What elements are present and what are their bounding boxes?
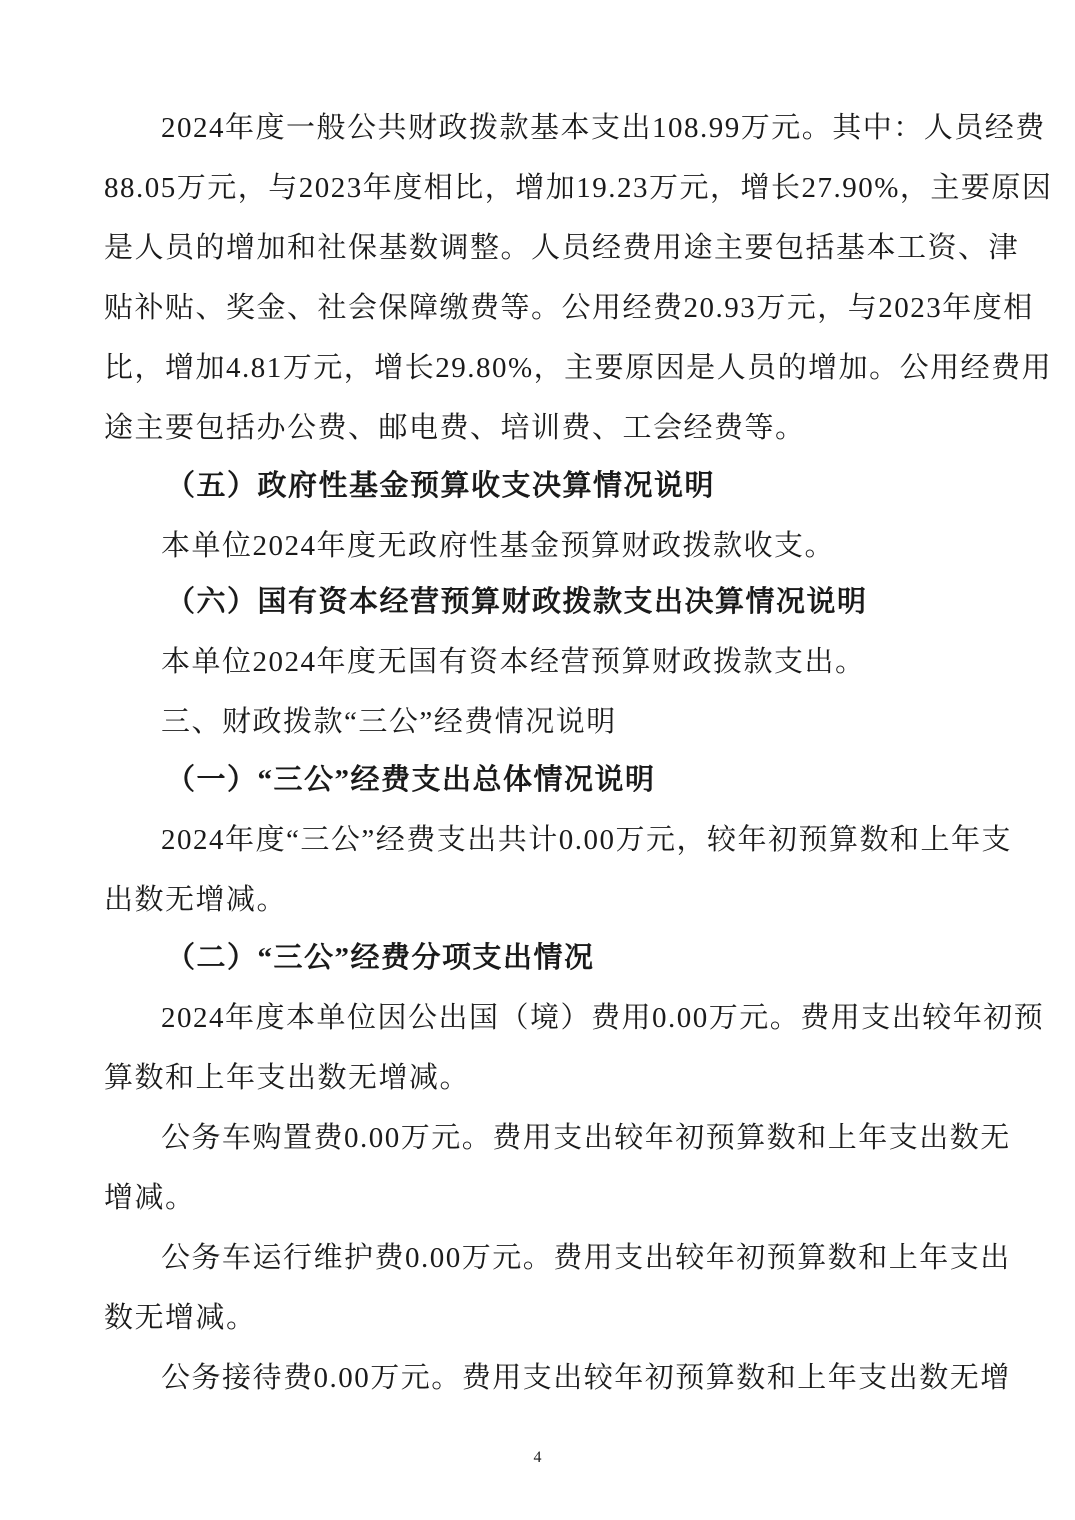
page-number: 4 — [0, 1448, 1075, 1468]
text-line: 是人员的增加和社保基数调整。人员经费用途主要包括基本工资、津 — [104, 228, 970, 268]
text-line: 88.05万元，与2023年度相比，增加19.23万元，增长27.90%，主要原… — [104, 168, 970, 208]
text-line: 出数无增减。 — [104, 880, 287, 920]
section-heading-government-fund: （五）政府性基金预算收支决算情况说明 — [166, 466, 715, 506]
text-line: 数无增减。 — [104, 1298, 257, 1338]
section-body-state-capital: 本单位2024年度无国有资本经营预算财政拨款支出。 — [161, 642, 866, 682]
text-line: 2024年度一般公共财政拨款基本支出108.99万元。其中：人员经费 — [161, 108, 970, 148]
text-line: 算数和上年支出数无增减。 — [104, 1058, 470, 1098]
subsection-heading-overall: （一）“三公”经费支出总体情况说明 — [166, 760, 656, 800]
text-line: 比，增加4.81万元，增长29.80%，主要原因是人员的增加。公用经费用 — [104, 348, 970, 388]
section-body-government-fund: 本单位2024年度无政府性基金预算财政拨款收支。 — [161, 526, 835, 566]
text-line: 公务接待费0.00万元。费用支出较年初预算数和上年支出数无增 — [161, 1358, 970, 1398]
text-line: 增减。 — [104, 1178, 196, 1218]
subsection-heading-itemized: （二）“三公”经费分项支出情况 — [166, 938, 595, 978]
text-line: 途主要包括办公费、邮电费、培训费、工会经费等。 — [104, 408, 806, 448]
section-heading-state-capital: （六）国有资本经营预算财政拨款支出决算情况说明 — [166, 582, 868, 622]
text-line: 2024年度本单位因公出国（境）费用0.00万元。费用支出较年初预 — [161, 998, 970, 1038]
chapter-heading-three-public-expenses: 三、财政拨款“三公”经费情况说明 — [161, 702, 617, 742]
text-line: 贴补贴、奖金、社会保障缴费等。公用经费20.93万元，与2023年度相 — [104, 288, 970, 328]
text-line: 公务车购置费0.00万元。费用支出较年初预算数和上年支出数无 — [161, 1118, 970, 1158]
text-line: 2024年度“三公”经费支出共计0.00万元，较年初预算数和上年支 — [161, 820, 970, 860]
text-line: 公务车运行维护费0.00万元。费用支出较年初预算数和上年支出 — [161, 1238, 970, 1278]
